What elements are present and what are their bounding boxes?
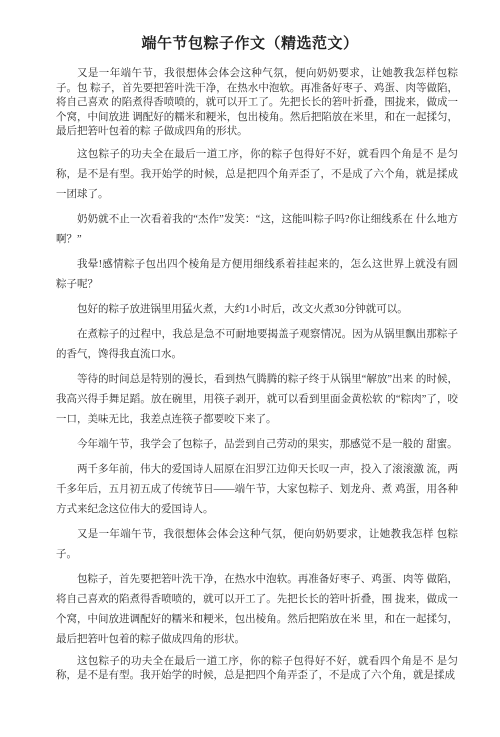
document-page: 端午节包粽子作文（精选范文） 又是一年端午节，我很想体会体会这种气氛，便向奶奶要… [0,0,500,737]
paragraph-8: 今年端午节，我学会了包粽子，品尝到自己劳动的果实，那感觉不是一般的 甜蜜。 [56,435,458,455]
paragraph-1: 又是一年端午节，我很想体会体会这种气氛，便向奶奶要求，让她教我怎样包粽子。包 粽… [56,67,458,140]
paragraph-4: 我晕!感情粽子包出四个棱角是方便用细线系着挂起来的，怎么这世界上就没有圆粽子呢？ [56,255,458,295]
document-title: 端午节包粽子作文（精选范文） [42,34,458,54]
paragraph-11: 包粽子，首先要把箬叶洗干净，在热水中泡软。再准备好枣子、鸡蛋、肉等 做陷，将自己… [56,570,458,650]
paragraph-10: 又是一年端午节，我很想体会体会这种气氛，便向奶奶要求，让她教我怎样 包粽子。 [56,525,458,565]
paragraph-6: 在煮粽子的过程中，我总是急不可耐地要揭盖子观察情况。因为从锅里飘出那粽子的香气，… [56,325,458,365]
document-body: 又是一年端午节，我很想体会体会这种气氛，便向奶奶要求，让她教我怎样包粽子。包 粽… [56,67,458,684]
paragraph-7: 等待的时间总是特别的漫长，看到热气腾腾的粽子终于从锅里“解放”出来 的时候，我高… [56,370,458,430]
paragraph-12: 这包粽子的功夫全在最后一道工序，你的粽子包得好不好，就看四个角是不 是匀称，是不… [56,655,458,684]
paragraph-5: 包好的粽子放进锅里用猛火煮，大约1小时后，改文火煮30分钟就可以。 [56,300,458,320]
paragraph-3: 奶奶就不止一次看着我的“杰作”发笑：“这，这能叫粽子吗?你让细线系在 什么地方啊… [56,210,458,250]
paragraph-9: 两千多年前，伟大的爱国诗人屈原在汨罗江边仰天长叹一声，投入了滚滚激 流，两千多年… [56,460,458,520]
paragraph-2: 这包粽子的功夫全在最后一道工序，你的粽子包得好不好，就看四个角是不 是匀称，是不… [56,145,458,205]
